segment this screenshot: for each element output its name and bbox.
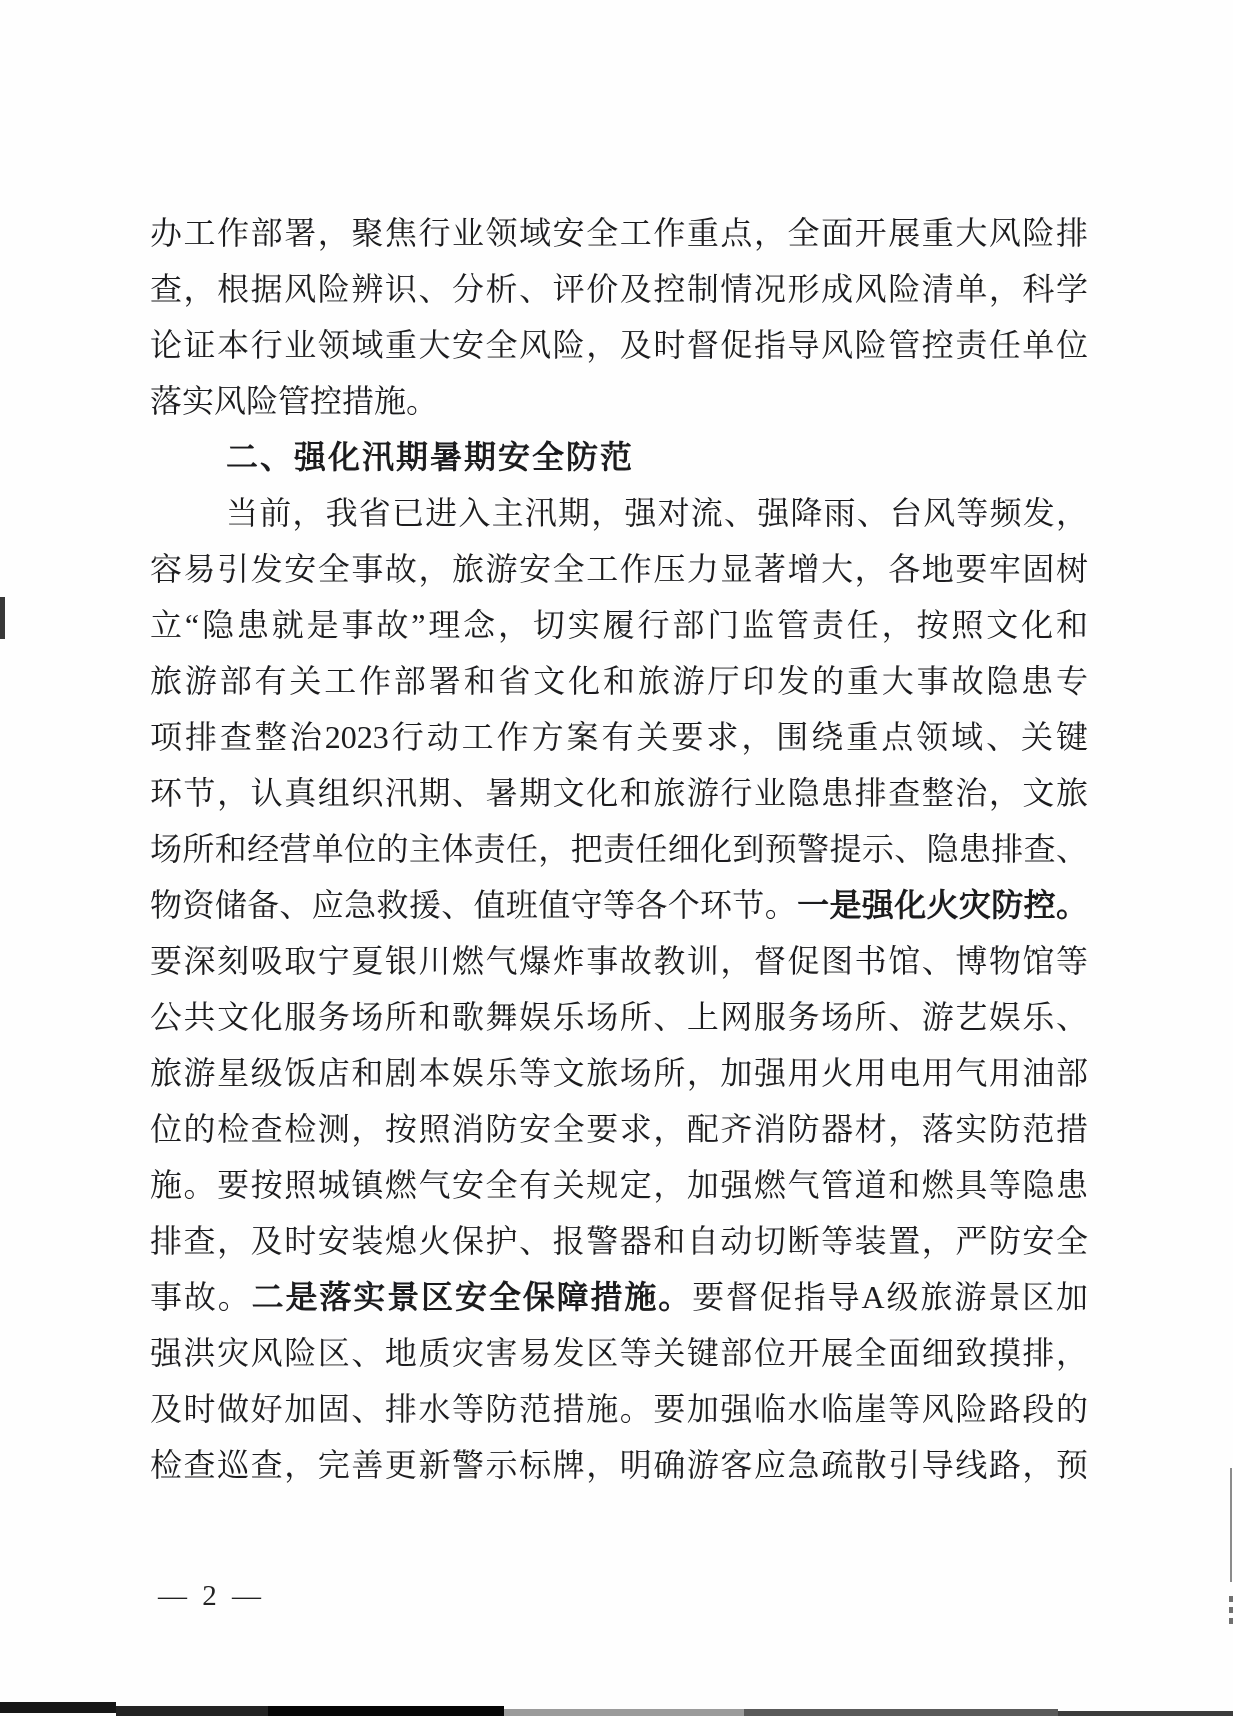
- text-line: 位的检查检测，按照消防安全要求，配齐消防器材，落实防范措: [150, 1101, 1088, 1157]
- scan-artifact-right-edge-dash: [1229, 1618, 1233, 1624]
- body-text: 强洪灾风险区、地质灾害易发区等关键部位开展全面细致摸排，: [150, 1335, 1088, 1371]
- body-text: 查，根据风险辨识、分析、评价及控制情况形成风险清单，科学: [150, 271, 1088, 307]
- body-text: 项排查整治2023行动工作方案有关要求，围绕重点领域、关键: [150, 719, 1088, 755]
- emphasized-text: 二是落实景区安全保障措施。: [252, 1279, 692, 1315]
- text-line: 事故。二是落实景区安全保障措施。要督促指导A级旅游景区加: [150, 1269, 1088, 1325]
- text-line: 强洪灾风险区、地质灾害易发区等关键部位开展全面细致摸排，: [150, 1325, 1088, 1381]
- scan-artifact-bottom-edge-band: [504, 1709, 744, 1716]
- text-line: 公共文化服务场所和歌舞娱乐场所、上网服务场所、游艺娱乐、: [150, 989, 1088, 1045]
- page-number: — 2 —: [158, 1580, 265, 1613]
- text-line: 检查巡查，完善更新警示标牌，明确游客应急疏散引导线路，预: [150, 1437, 1088, 1493]
- body-text: 旅游星级饭店和剧本娱乐等文旅场所，加强用火用电用气用油部: [150, 1055, 1088, 1091]
- body-text: 检查巡查，完善更新警示标牌，明确游客应急疏散引导线路，预: [150, 1447, 1088, 1483]
- document-page: 办工作部署，聚焦行业领域安全工作重点，全面开展重大风险排查，根据风险辨识、分析、…: [0, 0, 1233, 1716]
- text-line: 落实风险管控措施。: [150, 373, 1088, 429]
- scan-artifact-right-edge-line: [1230, 1468, 1232, 1582]
- text-line: 项排查整治2023行动工作方案有关要求，围绕重点领域、关键: [150, 709, 1088, 765]
- body-text: 事故。: [150, 1279, 252, 1315]
- scan-artifact-bottom-edge-band: [268, 1706, 504, 1716]
- body-text: 要督促指导A级旅游景区加: [692, 1279, 1088, 1315]
- text-line: 当前，我省已进入主汛期，强对流、强降雨、台风等频发，: [150, 485, 1088, 541]
- text-line: 环节，认真组织汛期、暑期文化和旅游行业隐患排查整治，文旅: [150, 765, 1088, 821]
- body-text: 要深刻吸取宁夏银川燃气爆炸事故教训，督促图书馆、博物馆等: [150, 943, 1088, 979]
- text-line: 排查，及时安装熄火保护、报警器和自动切断等装置，严防安全: [150, 1213, 1088, 1269]
- body-text: 及时做好加固、排水等防范措施。要加强临水临崖等风险路段的: [150, 1391, 1088, 1427]
- text-line: 旅游星级饭店和剧本娱乐等文旅场所，加强用火用电用气用油部: [150, 1045, 1088, 1101]
- scan-artifact-right-edge-dash: [1229, 1596, 1233, 1602]
- text-line: 施。要按照城镇燃气安全有关规定，加强燃气管道和燃具等隐患: [150, 1157, 1088, 1213]
- body-text: 落实风险管控措施。: [150, 383, 438, 419]
- body-text: 环节，认真组织汛期、暑期文化和旅游行业隐患排查整治，文旅: [150, 775, 1088, 811]
- body-text: 容易引发安全事故，旅游安全工作压力显著增大，各地要牢固树: [150, 551, 1088, 587]
- text-line: 要深刻吸取宁夏银川燃气爆炸事故教训，督促图书馆、博物馆等: [150, 933, 1088, 989]
- text-line: 场所和经营单位的主体责任，把责任细化到预警提示、隐患排查、: [150, 821, 1088, 877]
- body-text: 公共文化服务场所和歌舞娱乐场所、上网服务场所、游艺娱乐、: [150, 999, 1088, 1035]
- text-line: 旅游部有关工作部署和省文化和旅游厅印发的重大事故隐患专: [150, 653, 1088, 709]
- text-line: 容易引发安全事故，旅游安全工作压力显著增大，各地要牢固树: [150, 541, 1088, 597]
- scan-artifact-bottom-edge-band: [1058, 1711, 1233, 1716]
- text-line: 查，根据风险辨识、分析、评价及控制情况形成风险清单，科学: [150, 261, 1088, 317]
- body-text: 位的检查检测，按照消防安全要求，配齐消防器材，落实防范措: [150, 1111, 1088, 1147]
- body-text: 物资储备、应急救援、值班值守等各个环节。: [150, 887, 797, 923]
- body-text: 排查，及时安装熄火保护、报警器和自动切断等装置，严防安全: [150, 1223, 1088, 1259]
- scan-artifact-right-edge-dash: [1229, 1607, 1233, 1613]
- text-line: 及时做好加固、排水等防范措施。要加强临水临崖等风险路段的: [150, 1381, 1088, 1437]
- text-line: 物资储备、应急救援、值班值守等各个环节。一是强化火灾防控。: [150, 877, 1088, 933]
- body-text: 当前，我省已进入主汛期，强对流、强降雨、台风等频发，: [226, 495, 1088, 531]
- scan-artifact-bottom-edge-band: [116, 1706, 268, 1716]
- section-heading: 二、强化汛期暑期安全防范: [150, 429, 1088, 485]
- body-text: 办工作部署，聚焦行业领域安全工作重点，全面开展重大风险排: [150, 215, 1088, 251]
- body-text: 场所和经营单位的主体责任，把责任细化到预警提示、隐患排查、: [150, 831, 1088, 867]
- text-line: 立“隐患就是事故”理念，切实履行部门监管责任，按照文化和: [150, 597, 1088, 653]
- body-text: 论证本行业领域重大安全风险，及时督促指导风险管控责任单位: [150, 327, 1088, 363]
- body-text: 旅游部有关工作部署和省文化和旅游厅印发的重大事故隐患专: [150, 663, 1088, 699]
- scan-artifact-bottom-edge-band: [744, 1709, 1058, 1716]
- scan-artifact-left-edge-mark: [0, 597, 5, 639]
- body-text: 立“隐患就是事故”理念，切实履行部门监管责任，按照文化和: [150, 607, 1088, 643]
- emphasized-text: 二、强化汛期暑期安全防范: [226, 439, 634, 475]
- text-line: 办工作部署，聚焦行业领域安全工作重点，全面开展重大风险排: [150, 205, 1088, 261]
- scan-artifact-bottom-edge-band: [0, 1702, 116, 1713]
- emphasized-text: 一是强化火灾防控。: [797, 887, 1088, 923]
- body-text: 施。要按照城镇燃气安全有关规定，加强燃气管道和燃具等隐患: [150, 1167, 1088, 1203]
- text-line: 论证本行业领域重大安全风险，及时督促指导风险管控责任单位: [150, 317, 1088, 373]
- text-block: 办工作部署，聚焦行业领域安全工作重点，全面开展重大风险排查，根据风险辨识、分析、…: [150, 205, 1088, 1493]
